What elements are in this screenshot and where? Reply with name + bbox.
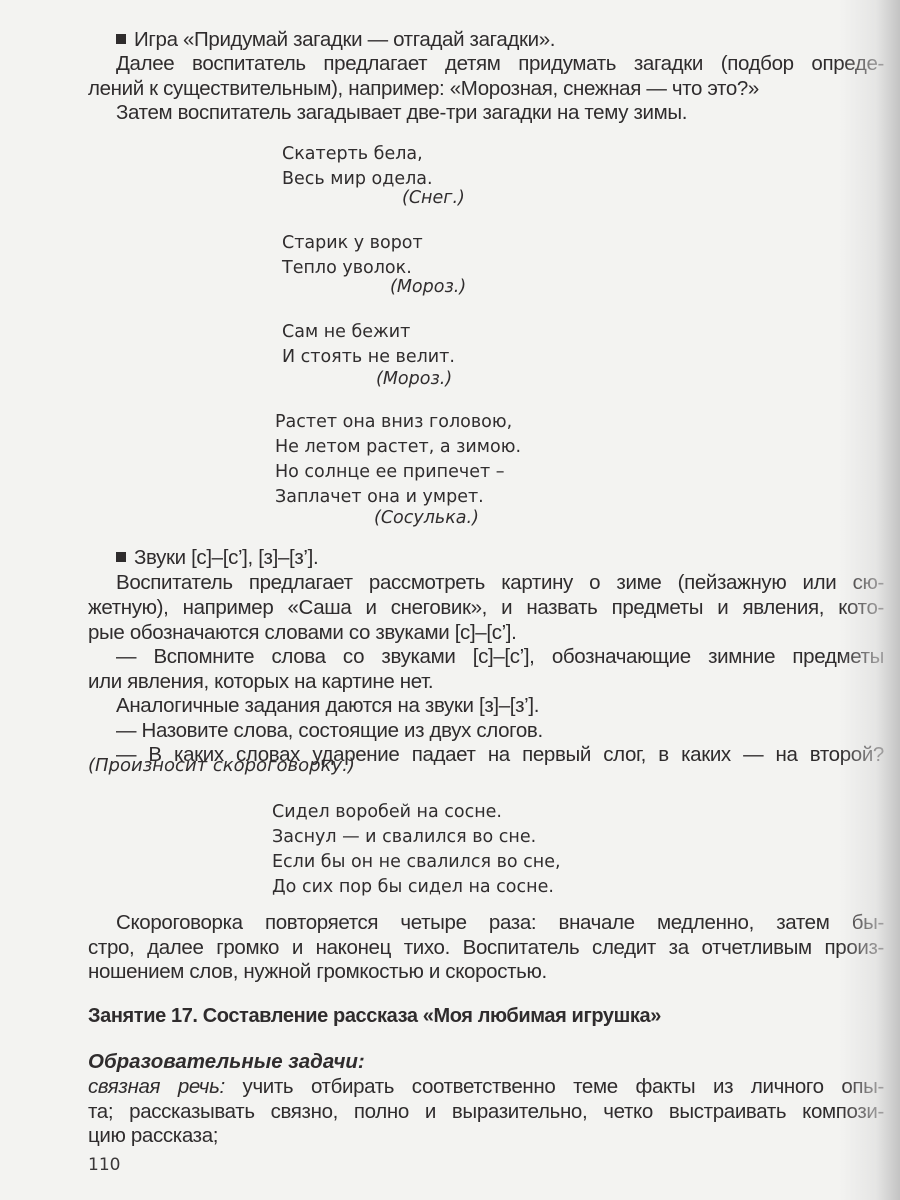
riddle-game-title-text: Игра «Придумай загадки — отгадай загадки… (134, 28, 555, 51)
paragraph-line: или явления, которых на картине нет. (88, 670, 433, 694)
verse-line: До сих пор бы сидел на сосне. (272, 875, 561, 900)
bullet-square-icon (116, 34, 126, 44)
verse-line: Не летом растет, а зимою. (275, 435, 521, 460)
riddle-3: Сам не бежит И стоять не велит. (282, 320, 455, 370)
riddle-2-answer: (Мороз.) (390, 277, 466, 297)
task-line: та; рассказывать связно, полно и выразит… (88, 1100, 884, 1124)
verse-line: Старик у ворот (282, 231, 423, 256)
riddle-2: Старик у ворот Тепло уволок. (282, 231, 423, 281)
riddle-4: Растет она вниз головою, Не летом растет… (275, 410, 521, 510)
stage-direction: (Произносит скороговорку.) (88, 755, 355, 776)
tasks-subheading: Образовательные задачи: (88, 1050, 365, 1074)
riddle-1-answer: (Снег.) (402, 188, 465, 208)
paragraph-line: жетную), например «Саша и снеговик», и н… (88, 596, 884, 620)
paragraph: Аналогичные задания даются на звуки [з]–… (116, 694, 539, 718)
paragraph-line: — Вспомните слова со звуками [с]–[с’], о… (116, 645, 884, 669)
verse-line: Скатерть бела, (282, 142, 433, 167)
paragraph-line: ношением слов, нужной громкостью и скоро… (88, 960, 547, 984)
paragraph-line: Скороговорка повторяется четыре раза: вн… (116, 911, 884, 935)
task-text: учить отбирать соответственно теме факты… (225, 1075, 884, 1098)
paragraph-line: Воспитатель предлагает рассмотреть карти… (116, 571, 884, 595)
verse-line: Но солнце ее припечет – (275, 460, 521, 485)
paragraph: Затем воспитатель загадывает две-три заг… (116, 101, 687, 125)
riddle-game-title: Игра «Придумай загадки — отгадай загадки… (116, 28, 555, 52)
paragraph-line: Далее воспитатель предлагает детям приду… (116, 52, 884, 76)
paragraph: — Назовите слова, состоящие из двух слог… (116, 719, 543, 743)
verse-line: Если бы он не свалился во сне, (272, 850, 561, 875)
riddle-3-answer: (Мороз.) (376, 369, 452, 389)
task-label: связная речь: (88, 1075, 225, 1098)
task-line: цию рассказа; (88, 1124, 218, 1148)
verse-line: И стоять не велит. (282, 345, 455, 370)
tongue-twister: Сидел воробей на сосне. Заснул — и свали… (272, 800, 561, 900)
verse-line: Растет она вниз головою, (275, 410, 521, 435)
verse-line: Заплачет она и умрет. (275, 485, 521, 510)
riddle-1: Скатерть бела, Весь мир одела. (282, 142, 433, 192)
sounds-section-title-text: Звуки [с]–[с’], [з]–[з’]. (134, 546, 318, 569)
paragraph-line: рые обозначаются словами со звуками [с]–… (88, 621, 516, 645)
verse-line: Заснул — и свалился во сне. (272, 825, 561, 850)
riddle-4-answer: (Сосулька.) (374, 508, 479, 528)
sounds-section-title: Звуки [с]–[с’], [з]–[з’]. (116, 546, 318, 570)
task-line: связная речь: учить отбирать соответстве… (88, 1075, 884, 1099)
paragraph-line: стро, далее громко и наконец тихо. Воспи… (88, 936, 884, 960)
lesson-heading: Занятие 17. Составление рассказа «Моя лю… (88, 1005, 661, 1028)
bullet-square-icon (116, 552, 126, 562)
verse-line: Сидел воробей на сосне. (272, 800, 561, 825)
paragraph-line: лений к существительным), например: «Мор… (88, 77, 759, 101)
verse-line: Сам не бежит (282, 320, 455, 345)
page-number: 110 (88, 1155, 120, 1175)
